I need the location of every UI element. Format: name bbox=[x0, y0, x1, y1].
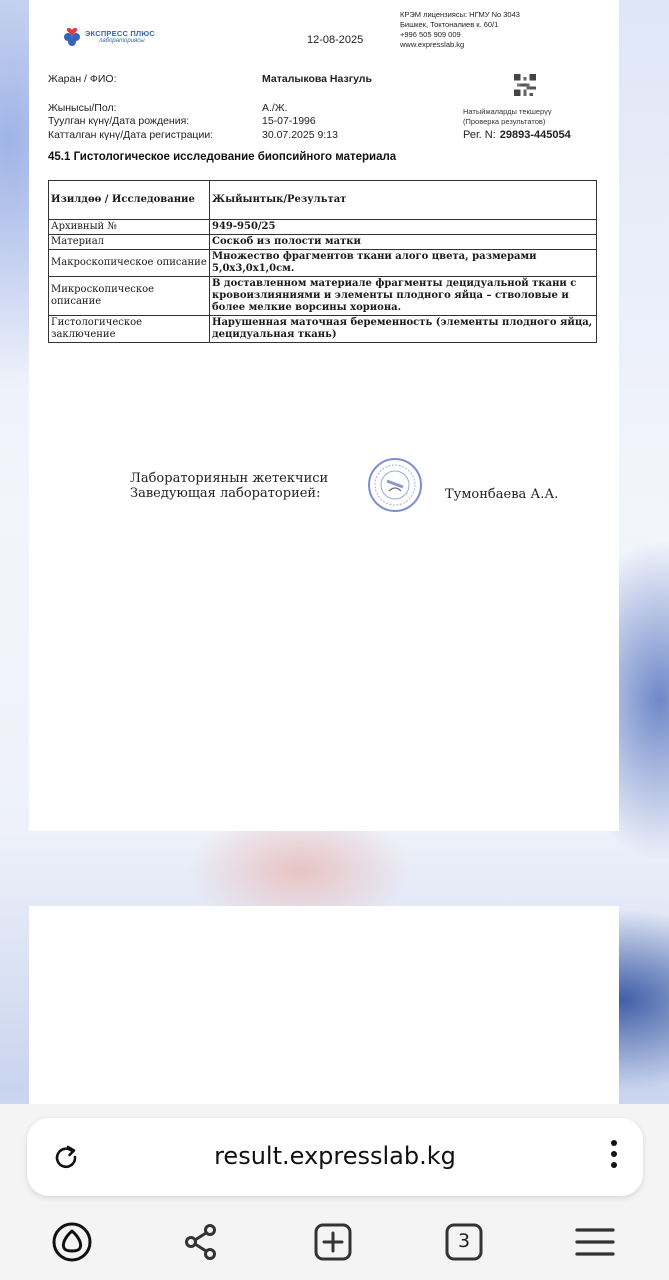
tabs-counter-button[interactable]: 3 bbox=[442, 1220, 486, 1264]
license-line: КРЭМ лицензиясы: НГМУ No 3043 bbox=[400, 10, 520, 20]
verify-line-ky: Натыйжаларды текшерүү bbox=[463, 107, 552, 117]
row-label-macro: Макроскопическое описание bbox=[49, 250, 210, 277]
signature-label-ru: Заведующая лабораторией: bbox=[130, 486, 328, 501]
section-title: 45.1 Гистологическое исследование биопси… bbox=[48, 151, 396, 163]
url-text[interactable]: result.expresslab.kg bbox=[27, 1142, 643, 1170]
lab-logo: ЭКСПРЕСС ПЛЮС лабораториясы bbox=[62, 27, 155, 47]
row-value-material: Соскоб из полости матки bbox=[210, 235, 597, 250]
registration-date-label: Катталган күнү/Дата регистрации: bbox=[48, 129, 213, 141]
row-label-material: Материал bbox=[49, 235, 210, 250]
registration-date-value: 30.07.2025 9:13 bbox=[262, 129, 338, 141]
patient-name-value: Маталыкова Назгуль bbox=[262, 73, 372, 85]
report-date: 12-08-2025 bbox=[307, 34, 363, 46]
address-bar[interactable]: result.expresslab.kg bbox=[27, 1118, 643, 1196]
signature-label-ky: Лабораториянын жетекчиси bbox=[130, 471, 328, 486]
table-row: Гистологическое заключение Нарушенная ма… bbox=[49, 316, 597, 343]
document-page-2 bbox=[29, 906, 619, 1106]
row-value-macro: Множество фрагментов ткани алого цвета, … bbox=[210, 250, 597, 277]
verify-results-text: Натыйжаларды текшерүү (Проверка результа… bbox=[463, 107, 552, 127]
more-vertical-icon[interactable] bbox=[607, 1140, 621, 1174]
website-line: www.expresslab.kg bbox=[400, 40, 520, 50]
share-icon[interactable] bbox=[180, 1220, 224, 1264]
row-value-micro: В доставленном материале фрагменты децид… bbox=[210, 277, 597, 316]
lab-info: КРЭМ лицензиясы: НГМУ No 3043 Бишкек, То… bbox=[400, 10, 520, 50]
birth-date-value: 15-07-1996 bbox=[262, 115, 316, 127]
logo-title: ЭКСПРЕСС ПЛЮС bbox=[85, 30, 155, 38]
column-header-result: Жыйынтык/Результат bbox=[210, 181, 597, 220]
alice-assistant-icon[interactable] bbox=[50, 1220, 94, 1264]
results-table: Изилдөө / Исследование Жыйынтык/Результа… bbox=[48, 180, 597, 343]
reg-number-label: Рег. N: bbox=[463, 129, 496, 141]
signature-label: Лабораториянын жетекчиси Заведующая лабо… bbox=[130, 471, 328, 501]
table-header-row: Изилдөө / Исследование Жыйынтык/Результа… bbox=[49, 181, 597, 220]
phone-line: +996 505 909 009 bbox=[400, 30, 520, 40]
hamburger-menu-icon[interactable] bbox=[573, 1220, 617, 1264]
address-line: Бишкек, Токтоналиев к. 60/1 bbox=[400, 20, 520, 30]
lab-stamp-icon bbox=[367, 457, 423, 513]
table-row: Макроскопическое описание Множество фраг… bbox=[49, 250, 597, 277]
table-row: Архивный № 949-950/25 bbox=[49, 220, 597, 235]
sex-label: Жынысы/Пол: bbox=[48, 102, 117, 114]
reg-number-value: 29893-445054 bbox=[500, 129, 571, 141]
document-page-1: ЭКСПРЕСС ПЛЮС лабораториясы 12-08-2025 К… bbox=[29, 0, 619, 831]
patient-name-label: Жаран / ФИО: bbox=[48, 73, 117, 85]
column-header-study: Изилдөө / Исследование bbox=[49, 181, 210, 220]
head-of-lab-name: Тумонбаева А.А. bbox=[445, 487, 558, 502]
birth-date-label: Туулган күнү/Дата рождения: bbox=[48, 115, 189, 127]
row-value-archive: 949-950/25 bbox=[210, 220, 597, 235]
browser-bottom-bar: result.expresslab.kg 3 bbox=[0, 1104, 669, 1280]
row-label-archive: Архивный № bbox=[49, 220, 210, 235]
browser-nav-bar: 3 bbox=[0, 1212, 669, 1272]
registration-number: Рег. N:29893-445054 bbox=[463, 129, 571, 141]
logo-subtitle: лабораториясы bbox=[99, 38, 155, 44]
table-row: Микроскопическое описание В доставленном… bbox=[49, 277, 597, 316]
qr-code-icon bbox=[514, 74, 536, 96]
row-label-conclusion: Гистологическое заключение bbox=[49, 316, 210, 343]
new-tab-icon[interactable] bbox=[311, 1220, 355, 1264]
verify-line-ru: (Проверка результатов) bbox=[463, 117, 552, 127]
row-label-micro: Микроскопическое описание bbox=[49, 277, 210, 316]
row-value-conclusion: Нарушенная маточная беременность (элемен… bbox=[210, 316, 597, 343]
table-row: Материал Соскоб из полости матки bbox=[49, 235, 597, 250]
logo-heart-cross-icon bbox=[62, 27, 82, 47]
sex-value: А./Ж. bbox=[262, 102, 287, 114]
tab-count: 3 bbox=[442, 1230, 486, 1252]
